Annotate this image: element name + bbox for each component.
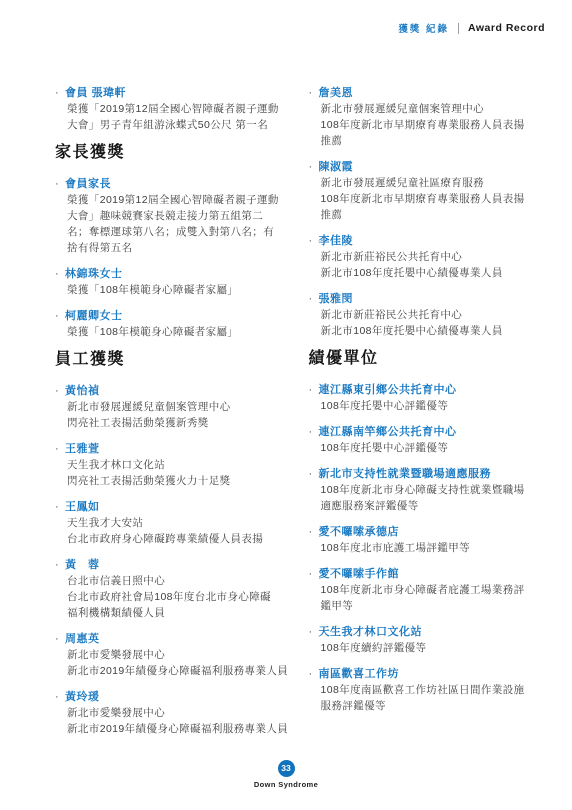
page-footer: 33 Down Syndrome [0, 760, 572, 789]
bullet-dot-icon: · [55, 308, 65, 340]
award-entry: · 愛不囉嗦承德店 108年度北市庇護工場評鑑甲等 [309, 524, 547, 556]
page: 獲獎 紀錄 Award Record · 會員 張瑋軒 榮獲「2019第12屆全… [0, 0, 572, 810]
award-entry-body: 愛不囉嗦手作館 108年度新北市身心障礙者庇護工場業務評 鑑甲等 [319, 566, 547, 614]
award-entry: · 天生我才林口文化站 108年度續約評鑑優等 [309, 624, 547, 656]
left-column: · 會員 張瑋軒 榮獲「2019第12屆全國心智障礙者親子運動 大會」男子青年組… [55, 85, 293, 747]
awardee-name: 連江縣東引鄉公共托育中心 [319, 382, 547, 398]
awardee-name: 黃 蓉 [65, 557, 293, 573]
award-description: 新北市新莊裕民公共托育中心 新北市108年度托嬰中心績優專業人員 [319, 307, 547, 339]
award-entry: · 黃怡禎 新北市發展遲緩兒童個案管理中心 閃亮社工表揚活動榮獲新秀獎 [55, 383, 293, 431]
section-heading: 員工獲獎 [55, 350, 293, 370]
awardee-name: 天生我才林口文化站 [319, 624, 547, 640]
awardee-name: 陳淑霞 [319, 159, 547, 175]
award-description: 榮獲「2019第12屆全國心智障礙者親子運動 大會」男子青年組游泳蝶式50公尺 … [65, 101, 293, 133]
bullet-dot-icon: · [309, 291, 319, 339]
footer-org-name: Down Syndrome [0, 780, 572, 789]
bullet-dot-icon: · [309, 466, 319, 514]
right-column: · 詹美恩 新北市發展遲緩兒童個案管理中心 108年度新北市早期療育專業服務人員… [309, 85, 547, 747]
award-description: 新北市發展遲緩兒童個案管理中心 108年度新北市早期療育專業服務人員表揚 推薦 [319, 101, 547, 149]
award-entry: · 會員家長 榮獲「2019第12屆全國心智障礙者親子運動 大會」趣味競賽家長競… [55, 176, 293, 256]
award-entry: · 林錦珠女士 榮獲「108年模範身心障礙者家屬」 [55, 266, 293, 298]
award-record-content: · 會員 張瑋軒 榮獲「2019第12屆全國心智障礙者親子運動 大會」男子青年組… [55, 85, 546, 747]
section-heading: 家長獲獎 [55, 143, 293, 163]
award-entry: · 張雅閔 新北市新莊裕民公共托育中心 新北市108年度托嬰中心績優專業人員 [309, 291, 547, 339]
bullet-dot-icon: · [309, 159, 319, 223]
award-entry-body: 南區歡喜工作坊 108年度南區歡喜工作坊社區日間作業設施 服務評鑑優等 [319, 666, 547, 714]
award-entry: · 王雅萱 天生我才林口文化站 閃亮社工表揚活動榮獲火力十足獎 [55, 441, 293, 489]
award-entry-body: 林錦珠女士 榮獲「108年模範身心障礙者家屬」 [65, 266, 293, 298]
award-entry-body: 陳淑霞 新北市發展遲緩兒童社區療育服務 108年度新北市早期療育專業服務人員表揚… [319, 159, 547, 223]
award-entry: · 詹美恩 新北市發展遲緩兒童個案管理中心 108年度新北市早期療育專業服務人員… [309, 85, 547, 149]
award-entry-body: 愛不囉嗦承德店 108年度北市庇護工場評鑑甲等 [319, 524, 547, 556]
bullet-dot-icon: · [55, 441, 65, 489]
bullet-dot-icon: · [309, 624, 319, 656]
awardee-name: 黃怡禎 [65, 383, 293, 399]
award-entry-body: 會員家長 榮獲「2019第12屆全國心智障礙者親子運動 大會」趣味競賽家長競走接… [65, 176, 293, 256]
award-entry-body: 天生我才林口文化站 108年度續約評鑑優等 [319, 624, 547, 656]
awardee-name: 李佳陵 [319, 233, 547, 249]
award-entry: · 柯麗卿女士 榮獲「108年模範身心障礙者家屬」 [55, 308, 293, 340]
award-description: 108年度托嬰中心評鑑優等 [319, 440, 547, 456]
section-heading: 績優單位 [309, 349, 547, 369]
award-entry-body: 張雅閔 新北市新莊裕民公共托育中心 新北市108年度托嬰中心績優專業人員 [319, 291, 547, 339]
award-entry: · 連江縣南竿鄉公共托育中心 108年度托嬰中心評鑑優等 [309, 424, 547, 456]
award-entry-body: 黃怡禎 新北市發展遲緩兒童個案管理中心 閃亮社工表揚活動榮獲新秀獎 [65, 383, 293, 431]
award-entry-body: 黃玲瑗 新北市愛樂發展中心 新北市2019年績優身心障礙福利服務專業人員 [65, 689, 293, 737]
page-number-badge: 33 [278, 760, 295, 777]
bullet-dot-icon: · [55, 631, 65, 679]
award-entry-body: 連江縣東引鄉公共托育中心 108年度托嬰中心評鑑優等 [319, 382, 547, 414]
bullet-dot-icon: · [309, 233, 319, 281]
award-entry: · 新北市支持性就業暨職場適應服務 108年度新北市身心障礙支持性就業暨職場 適… [309, 466, 547, 514]
award-description: 108年度北市庇護工場評鑑甲等 [319, 540, 547, 556]
awardee-name: 愛不囉嗦承德店 [319, 524, 547, 540]
bullet-dot-icon: · [55, 85, 65, 133]
awardee-name: 黃玲瑗 [65, 689, 293, 705]
award-entry-body: 周惠英 新北市愛樂發展中心 新北市2019年績優身心障礙福利服務專業人員 [65, 631, 293, 679]
bullet-dot-icon: · [309, 382, 319, 414]
award-description: 台北市信義日照中心 台北市政府社會局108年度台北市身心障礙 福利機構類績優人員 [65, 573, 293, 621]
awardee-name: 王鳳如 [65, 499, 293, 515]
awardee-name: 愛不囉嗦手作館 [319, 566, 547, 582]
award-entry: · 黃 蓉 台北市信義日照中心 台北市政府社會局108年度台北市身心障礙 福利機… [55, 557, 293, 621]
bullet-dot-icon: · [309, 85, 319, 149]
header-title-zh: 獲獎 紀錄 [398, 21, 449, 35]
awardee-name: 林錦珠女士 [65, 266, 293, 282]
award-entry-body: 李佳陵 新北市新莊裕民公共托育中心 新北市108年度托嬰中心績優專業人員 [319, 233, 547, 281]
bullet-dot-icon: · [309, 566, 319, 614]
awardee-name: 周惠英 [65, 631, 293, 647]
award-description: 108年度新北市身心障礙者庇護工場業務評 鑑甲等 [319, 582, 547, 614]
award-description: 榮獲「108年模範身心障礙者家屬」 [65, 282, 293, 298]
award-entry: · 黃玲瑗 新北市愛樂發展中心 新北市2019年績優身心障礙福利服務專業人員 [55, 689, 293, 737]
awardee-name: 連江縣南竿鄉公共托育中心 [319, 424, 547, 440]
award-description: 108年度續約評鑑優等 [319, 640, 547, 656]
award-description: 榮獲「108年模範身心障礙者家屬」 [65, 324, 293, 340]
award-entry-body: 黃 蓉 台北市信義日照中心 台北市政府社會局108年度台北市身心障礙 福利機構類… [65, 557, 293, 621]
award-description: 新北市發展遲緩兒童個案管理中心 閃亮社工表揚活動榮獲新秀獎 [65, 399, 293, 431]
award-entry-body: 會員 張瑋軒 榮獲「2019第12屆全國心智障礙者親子運動 大會」男子青年組游泳… [65, 85, 293, 133]
award-entry: · 周惠英 新北市愛樂發展中心 新北市2019年績優身心障礙福利服務專業人員 [55, 631, 293, 679]
award-description: 天生我才大安站 台北市政府身心障礙跨專業績優人員表揚 [65, 515, 293, 547]
awardee-name: 新北市支持性就業暨職場適應服務 [319, 466, 547, 482]
award-description: 新北市愛樂發展中心 新北市2019年績優身心障礙福利服務專業人員 [65, 647, 293, 679]
header-divider [458, 23, 459, 34]
bullet-dot-icon: · [309, 524, 319, 556]
award-description: 新北市愛樂發展中心 新北市2019年績優身心障礙福利服務專業人員 [65, 705, 293, 737]
award-entry: · 陳淑霞 新北市發展遲緩兒童社區療育服務 108年度新北市早期療育專業服務人員… [309, 159, 547, 223]
award-description: 新北市新莊裕民公共托育中心 新北市108年度托嬰中心績優專業人員 [319, 249, 547, 281]
page-header: 獲獎 紀錄 Award Record [398, 21, 545, 35]
award-description: 108年度托嬰中心評鑑優等 [319, 398, 547, 414]
bullet-dot-icon: · [55, 557, 65, 621]
award-entry-body: 柯麗卿女士 榮獲「108年模範身心障礙者家屬」 [65, 308, 293, 340]
bullet-dot-icon: · [55, 383, 65, 431]
awardee-name: 南區歡喜工作坊 [319, 666, 547, 682]
awardee-name: 詹美恩 [319, 85, 547, 101]
award-description: 新北市發展遲緩兒童社區療育服務 108年度新北市早期療育專業服務人員表揚 推薦 [319, 175, 547, 223]
award-description: 榮獲「2019第12屆全國心智障礙者親子運動 大會」趣味競賽家長競走接力第五組第… [65, 192, 293, 256]
award-entry-body: 王鳳如 天生我才大安站 台北市政府身心障礙跨專業績優人員表揚 [65, 499, 293, 547]
award-entry: · 會員 張瑋軒 榮獲「2019第12屆全國心智障礙者親子運動 大會」男子青年組… [55, 85, 293, 133]
header-title-en: Award Record [468, 22, 545, 34]
awardee-name: 會員家長 [65, 176, 293, 192]
bullet-dot-icon: · [309, 424, 319, 456]
bullet-dot-icon: · [55, 176, 65, 256]
award-description: 108年度新北市身心障礙支持性就業暨職場 適應服務案評鑑優等 [319, 482, 547, 514]
bullet-dot-icon: · [55, 689, 65, 737]
award-entry: · 愛不囉嗦手作館 108年度新北市身心障礙者庇護工場業務評 鑑甲等 [309, 566, 547, 614]
awardee-name: 柯麗卿女士 [65, 308, 293, 324]
award-entry: · 南區歡喜工作坊 108年度南區歡喜工作坊社區日間作業設施 服務評鑑優等 [309, 666, 547, 714]
bullet-dot-icon: · [55, 266, 65, 298]
award-entry-body: 詹美恩 新北市發展遲緩兒童個案管理中心 108年度新北市早期療育專業服務人員表揚… [319, 85, 547, 149]
award-entry-body: 王雅萱 天生我才林口文化站 閃亮社工表揚活動榮獲火力十足獎 [65, 441, 293, 489]
award-entry: · 王鳳如 天生我才大安站 台北市政府身心障礙跨專業績優人員表揚 [55, 499, 293, 547]
award-entry: · 李佳陵 新北市新莊裕民公共托育中心 新北市108年度托嬰中心績優專業人員 [309, 233, 547, 281]
awardee-name: 張雅閔 [319, 291, 547, 307]
award-entry-body: 新北市支持性就業暨職場適應服務 108年度新北市身心障礙支持性就業暨職場 適應服… [319, 466, 547, 514]
award-entry: · 連江縣東引鄉公共托育中心 108年度托嬰中心評鑑優等 [309, 382, 547, 414]
awardee-name: 王雅萱 [65, 441, 293, 457]
bullet-dot-icon: · [309, 666, 319, 714]
bullet-dot-icon: · [55, 499, 65, 547]
award-entry-body: 連江縣南竿鄉公共托育中心 108年度托嬰中心評鑑優等 [319, 424, 547, 456]
awardee-name: 會員 張瑋軒 [65, 85, 293, 101]
award-description: 天生我才林口文化站 閃亮社工表揚活動榮獲火力十足獎 [65, 457, 293, 489]
award-description: 108年度南區歡喜工作坊社區日間作業設施 服務評鑑優等 [319, 682, 547, 714]
